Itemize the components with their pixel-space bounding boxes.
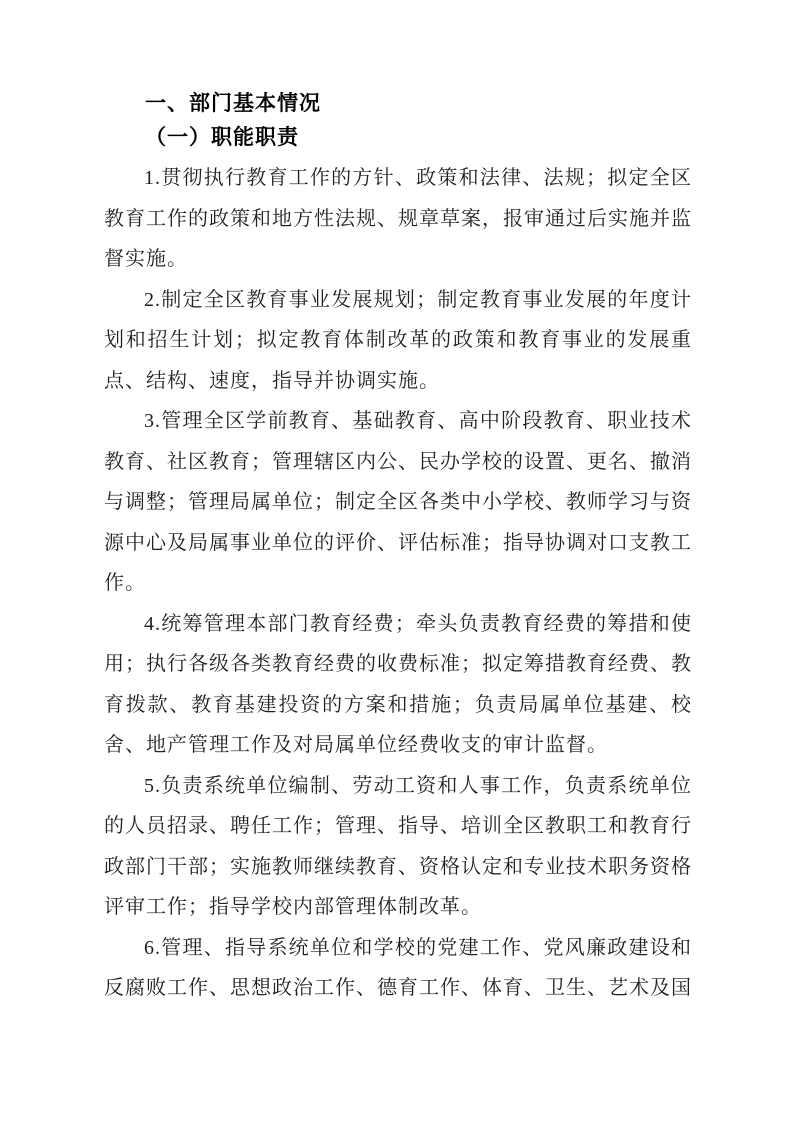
paragraph-6: 6.管理、指导系统单位和学校的党建工作、党风廉政建设和反腐败工作、思想政治工作、…: [104, 928, 692, 1009]
section-heading: 一、部门基本情况: [145, 91, 321, 115]
subsection-heading: （一）职能职责: [145, 125, 299, 149]
paragraph-3: 3.管理全区学前教育、基础教育、高中阶段教育、职业技术教育、社区教育；管理辖区内…: [104, 401, 692, 604]
document-body: 1.贯彻执行教育工作的方针、政策和法律、法规；拟定全区教育工作的政策和地方性法规…: [104, 158, 692, 1009]
document-page: 一、部门基本情况 （一）职能职责 1.贯彻执行教育工作的方针、政策和法律、法规；…: [0, 0, 793, 1122]
paragraph-2: 2.制定全区教育事业发展规划；制定教育事业发展的年度计划和招生计划；拟定教育体制…: [104, 280, 692, 402]
paragraph-4: 4.统筹管理本部门教育经费；牵头负责教育经费的筹措和使用；执行各级各类教育经费的…: [104, 604, 692, 766]
paragraph-1: 1.贯彻执行教育工作的方针、政策和法律、法规；拟定全区教育工作的政策和地方性法规…: [104, 158, 692, 280]
paragraph-5: 5.负责系统单位编制、劳动工资和人事工作，负责系统单位的人员招录、聘任工作；管理…: [104, 766, 692, 928]
